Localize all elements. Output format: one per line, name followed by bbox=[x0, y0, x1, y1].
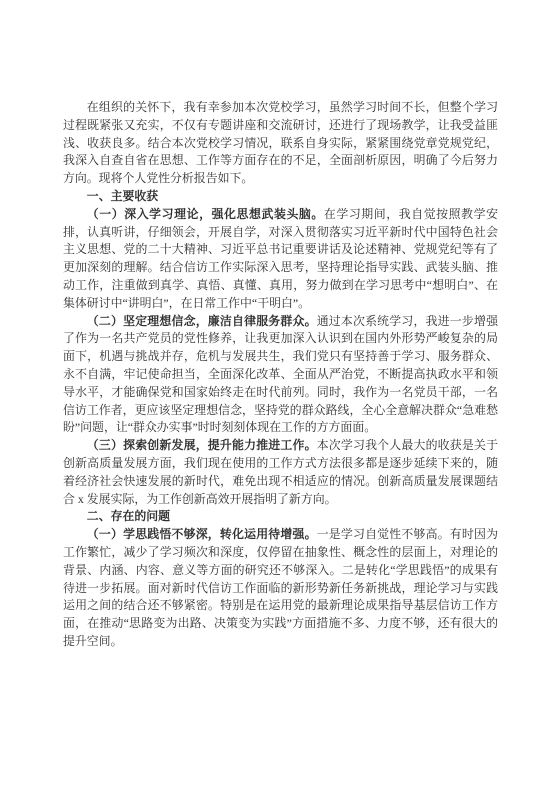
document-text-block: 在组织的关怀下，我有幸参加本次党校学习，虽然学习时间不长，但整个学习过程既紧张又… bbox=[63, 99, 498, 651]
section-heading-problems: 二、存在的问题 bbox=[63, 508, 498, 526]
section-heading-problems-text: 二、存在的问题 bbox=[87, 509, 170, 523]
section-heading-main-gains-text: 一、主要收获 bbox=[87, 189, 158, 203]
paragraph-gain-2-text: 通过本次系统学习，我进一步增强了作为一名共产党员的党性修养，让我更加深入认识到在… bbox=[63, 314, 498, 435]
paragraph-gain-1-text: 在学习期间，我自觉按照教学安排，认真听讲，仔细领会，开展自学，对深入贯彻落实习近… bbox=[63, 207, 498, 310]
paragraph-problem-1-text: 一是学习自觉性不够高。有时因为工作繁忙，减少了学习频次和深度，仅停留在抽象性、概… bbox=[63, 527, 498, 648]
paragraph-gain-1-study-theory: （一）深入学习理论，强化思想武装头脑。在学习期间，我自觉按照教学安排，认真听讲，… bbox=[63, 206, 498, 313]
paragraph-gain-1-lead: （一）深入学习理论，强化思想武装头脑。 bbox=[87, 207, 324, 221]
document-page: 在组织的关怀下，我有幸参加本次党校学习，虽然学习时间不长，但整个学习过程既紧张又… bbox=[0, 0, 560, 792]
paragraph-problem-1-lead: （一）学思践悟不够深，转化运用待增强。 bbox=[87, 527, 317, 541]
paragraph-gain-3-innovation: （三）探索创新发展，提升能力推进工作。本次学习我个人最大的收获是关于创新高质量发… bbox=[63, 437, 498, 508]
section-heading-main-gains: 一、主要收获 bbox=[63, 188, 498, 206]
paragraph-intro-text: 在组织的关怀下，我有幸参加本次党校学习，虽然学习时间不长，但整个学习过程既紧张又… bbox=[63, 100, 498, 185]
paragraph-problem-1-learning: （一）学思践悟不够深，转化运用待增强。一是学习自觉性不够高。有时因为工作繁忙，减… bbox=[63, 526, 498, 651]
paragraph-gain-2-lead: （二）坚定理想信念，廉洁自律服务群众。 bbox=[87, 314, 317, 328]
paragraph-gain-3-lead: （三）探索创新发展，提升能力推进工作。 bbox=[87, 438, 317, 452]
paragraph-gain-2-ideals-beliefs: （二）坚定理想信念，廉洁自律服务群众。通过本次系统学习，我进一步增强了作为一名共… bbox=[63, 313, 498, 438]
paragraph-intro: 在组织的关怀下，我有幸参加本次党校学习，虽然学习时间不长，但整个学习过程既紧张又… bbox=[63, 99, 498, 188]
